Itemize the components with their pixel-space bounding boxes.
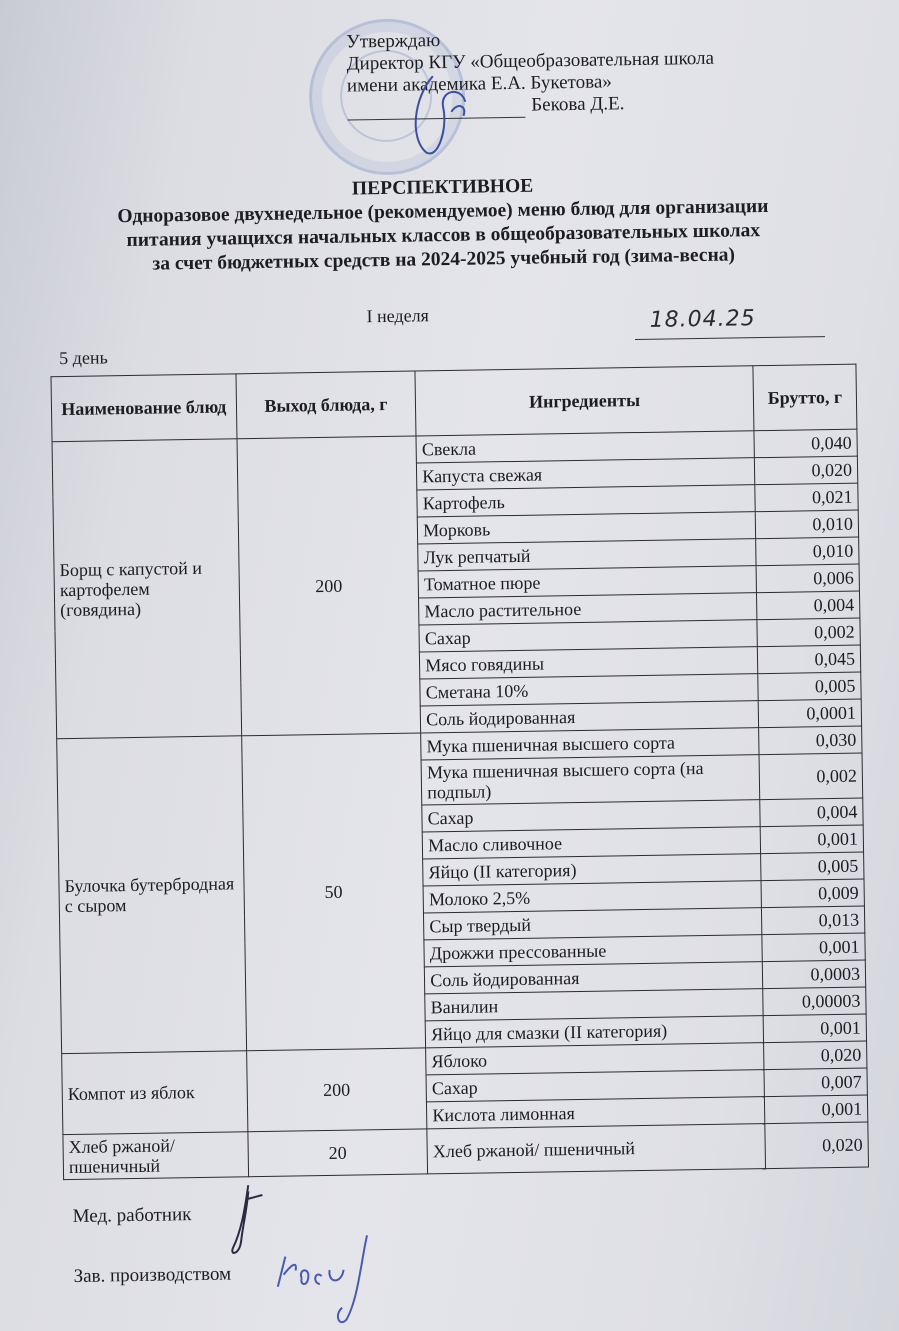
- ingredient-gross: 0,002: [759, 753, 863, 800]
- dish-name: Булочка бутербродная с сыром: [57, 736, 247, 1054]
- ingredient-gross: 0,006: [756, 564, 859, 593]
- ingredient-gross: 0,005: [761, 852, 864, 881]
- ingredient-gross: 0,010: [756, 537, 859, 566]
- signature-line: [347, 95, 525, 121]
- ingredient-gross: 0,004: [756, 591, 859, 620]
- header-gross: Брутто, г: [753, 364, 857, 431]
- header-dish-name: Наименование блюд: [51, 374, 237, 442]
- dish-output: 20: [248, 1129, 428, 1177]
- menu-table-body: Борщ с капустой и картофелем (говядина)2…: [52, 429, 868, 1180]
- ingredient-gross: 0,0001: [758, 699, 861, 728]
- dish-name: Хлеб ржаной/ пшеничный: [63, 1132, 248, 1180]
- header-output: Выход блюда, г: [236, 371, 417, 439]
- header-ingredients: Ингредиенты: [415, 366, 754, 436]
- handwritten-date: 18.04.25: [649, 306, 755, 333]
- ingredient-gross: 0,00003: [763, 987, 866, 1016]
- dish-name: Борщ с капустой и картофелем (говядина): [52, 439, 241, 739]
- ingredient-gross: 0,004: [760, 798, 863, 827]
- ingredient-gross: 0,040: [754, 429, 857, 458]
- ingredient-gross: 0,005: [758, 672, 861, 701]
- document-title: ПЕРСПЕКТИВНОЕ Одноразовое двухнедельное …: [32, 170, 853, 279]
- dish-output: 200: [246, 1048, 427, 1132]
- dish-output: 200: [237, 436, 421, 736]
- ingredient-gross: 0,020: [763, 1041, 866, 1070]
- menu-table: Наименование блюд Выход блюда, г Ингреди…: [50, 364, 869, 1181]
- production-head-label: Зав. производством: [73, 1264, 231, 1288]
- production-head-signature-icon: [271, 1229, 383, 1331]
- ingredient-gross: 0,020: [754, 456, 857, 485]
- document-page: Утверждаю Директор КГУ «Общеобразователь…: [0, 0, 899, 1331]
- ingredient-gross: 0,002: [757, 618, 860, 647]
- medic-signature-icon: [222, 1181, 283, 1262]
- ingredient-gross: 0,001: [762, 933, 865, 962]
- dish-output: 50: [241, 733, 425, 1051]
- week-label: I неделя: [366, 305, 429, 327]
- ingredient-gross: 0,001: [763, 1014, 866, 1043]
- medic-label: Мед. работник: [73, 1204, 192, 1228]
- signatory-name: Бекова Д.Е.: [531, 93, 624, 115]
- ingredient-gross: 0,045: [757, 645, 860, 674]
- ingredient-gross: 0,020: [765, 1122, 869, 1169]
- ingredient-gross: 0,0003: [762, 960, 865, 989]
- ingredient-gross: 0,001: [764, 1095, 867, 1124]
- approval-block: Утверждаю Директор КГУ «Общеобразователь…: [346, 24, 817, 120]
- ingredient-name: Мука пшеничная высшего сорта (на подпыл): [421, 755, 759, 805]
- ingredient-gross: 0,013: [761, 906, 864, 935]
- ingredient-gross: 0,021: [755, 483, 858, 512]
- dish-name: Компот из яблок: [62, 1051, 248, 1135]
- ingredient-gross: 0,009: [761, 879, 864, 908]
- ingredient-gross: 0,001: [760, 825, 863, 854]
- ingredient-name: Хлеб ржаной/ пшеничный: [427, 1124, 765, 1174]
- day-label: 5 день: [59, 347, 108, 369]
- ingredient-gross: 0,010: [755, 510, 858, 539]
- ingredient-gross: 0,030: [759, 726, 862, 755]
- ingredient-gross: 0,007: [764, 1068, 867, 1097]
